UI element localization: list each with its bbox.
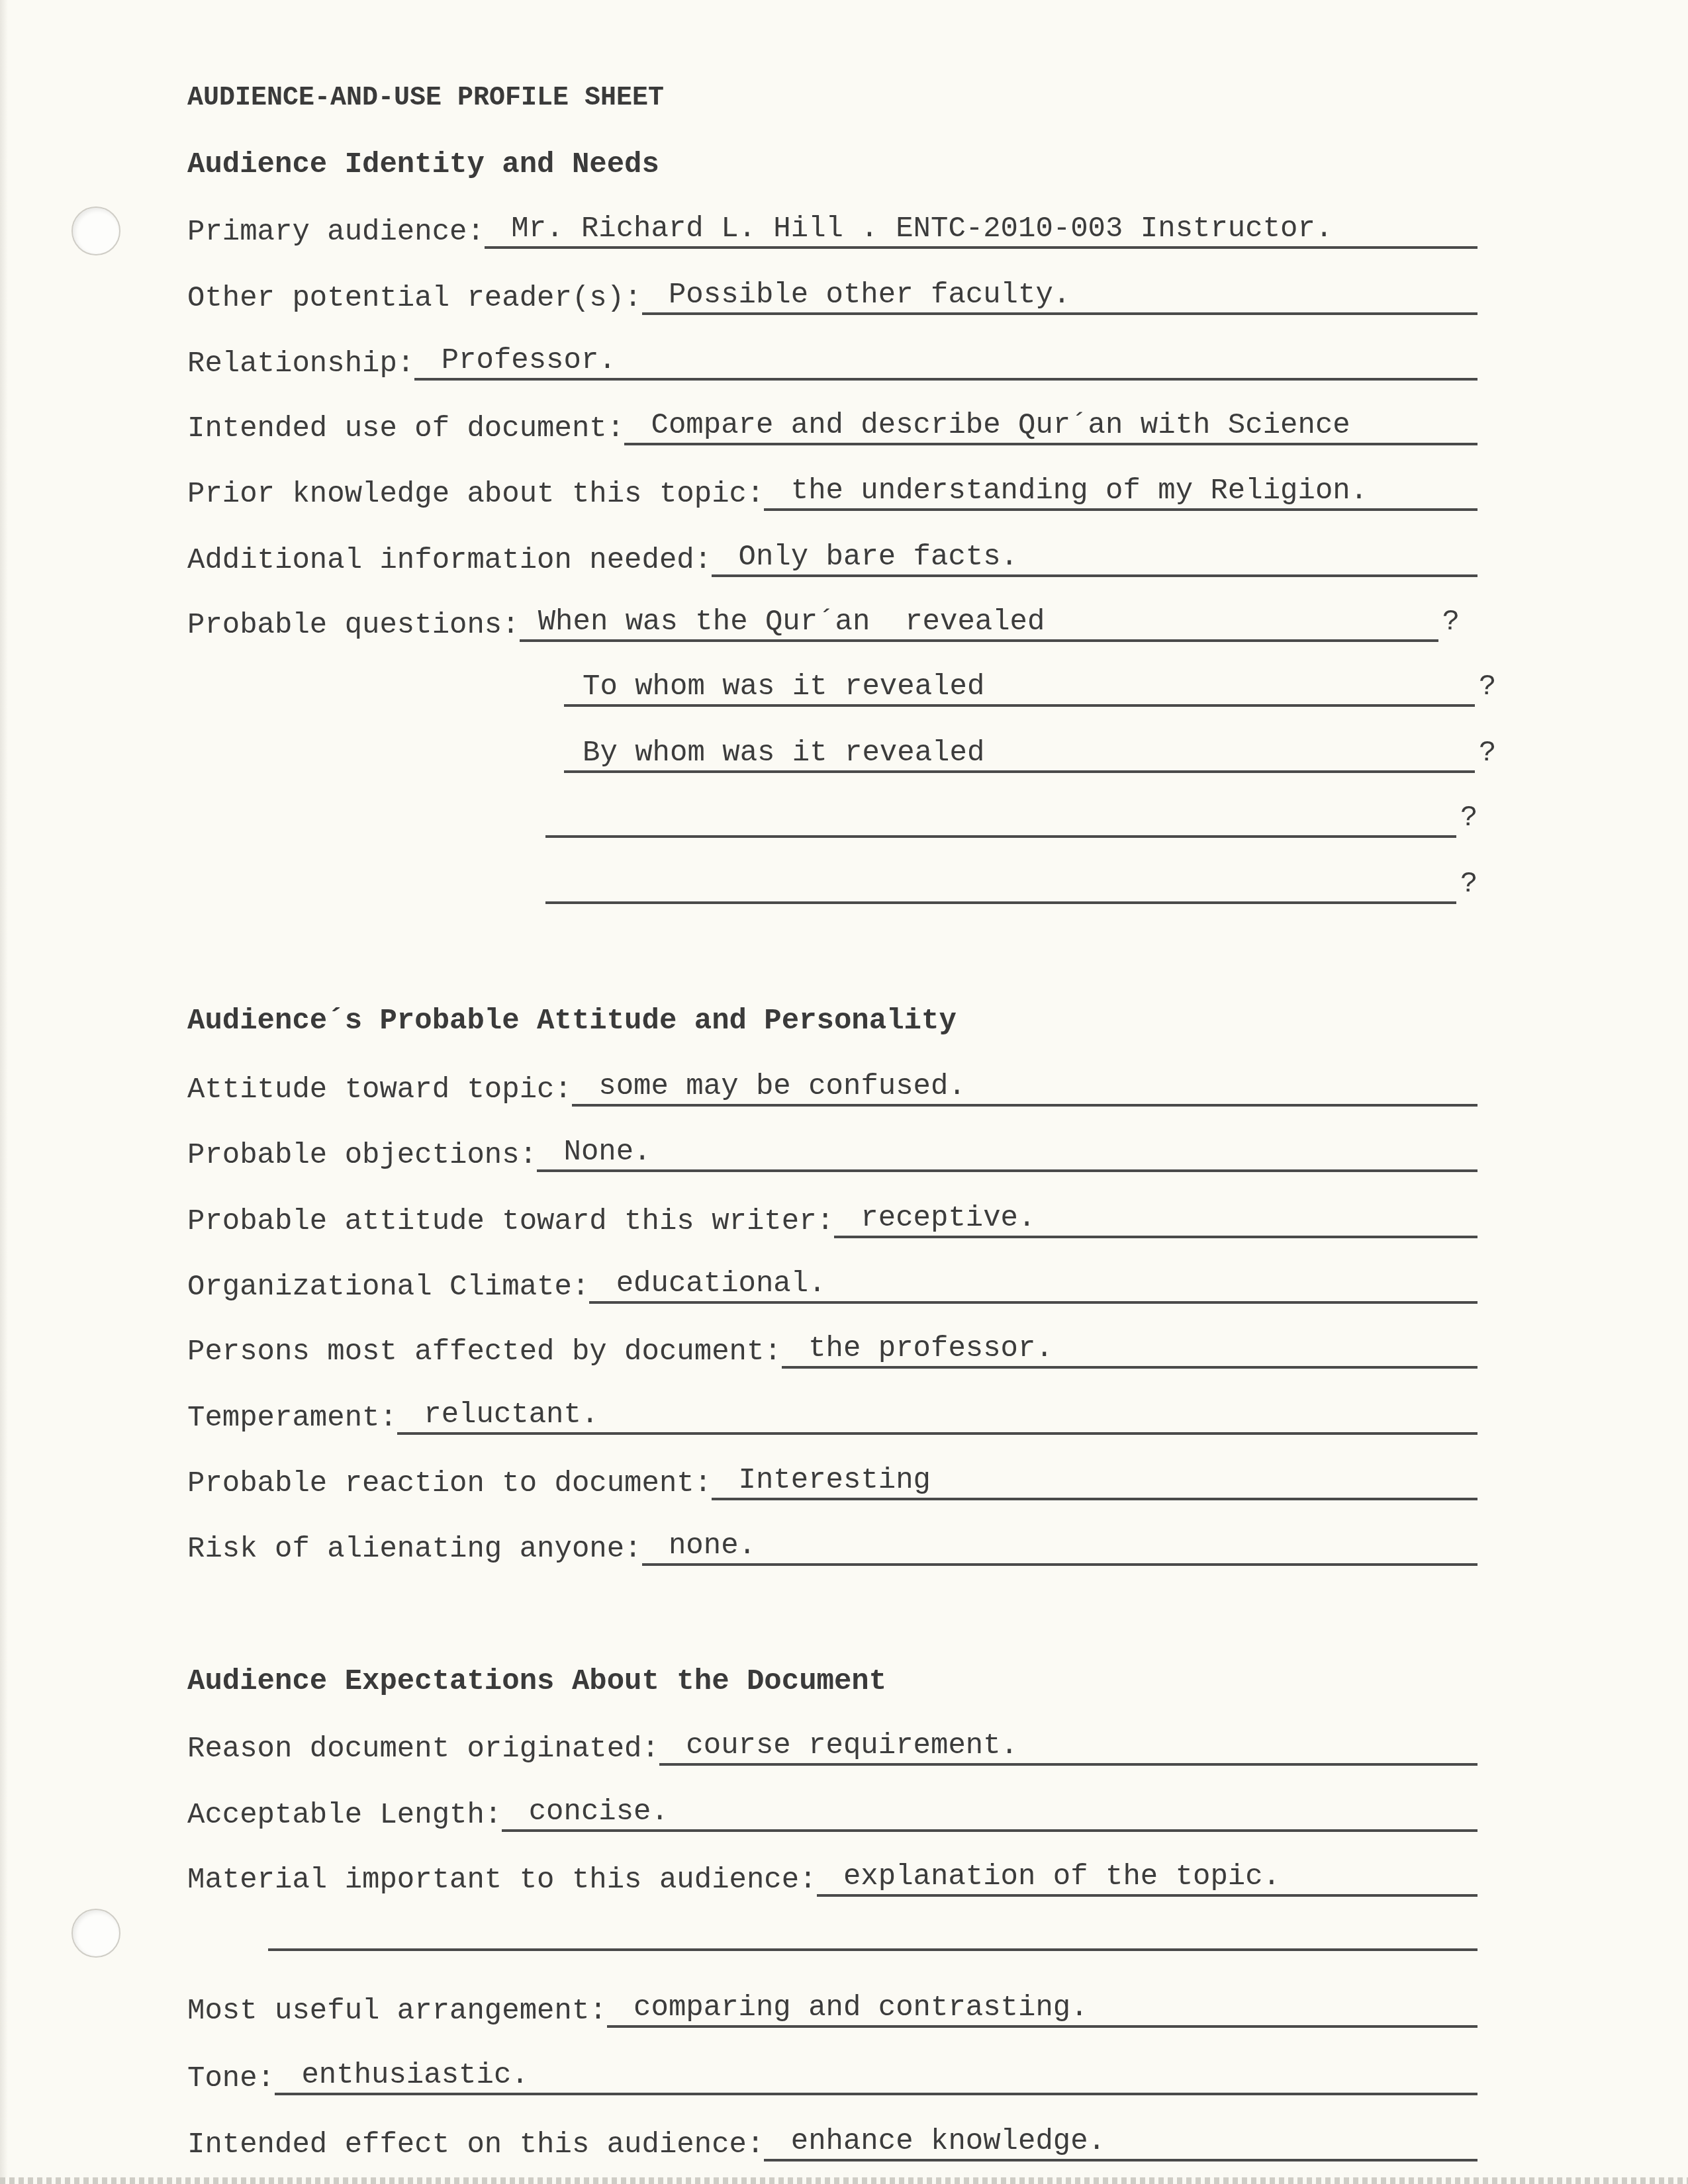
- page-bottom-edge: [0, 2177, 1688, 2184]
- field-reason-originated: Reason document originated: course requi…: [187, 1726, 1477, 1766]
- field-value[interactable]: Professor.: [414, 343, 1477, 381]
- section-heading-attitude: Audience´s Probable Attitude and Persona…: [187, 1005, 957, 1038]
- question-field[interactable]: By whom was it revealed: [564, 736, 1475, 773]
- field-label: Risk of alienating anyone:: [187, 1533, 642, 1566]
- field-label: Most useful arrangement:: [187, 1995, 607, 2028]
- field-label: Probable reaction to document:: [187, 1467, 712, 1500]
- field-tone: Tone: enthusiastic.: [187, 2056, 1477, 2095]
- field-label: Probable questions:: [187, 609, 520, 642]
- field-value[interactable]: explanation of the topic.: [817, 1860, 1477, 1897]
- field-risk-alienating: Risk of alienating anyone: none.: [187, 1526, 1477, 1566]
- field-label: Relationship:: [187, 347, 414, 381]
- question-field[interactable]: When was the Qur´an revealed: [520, 605, 1438, 642]
- question-field[interactable]: To whom was it revealed: [564, 670, 1475, 707]
- question-field[interactable]: [545, 867, 1456, 904]
- scanned-page: AUDIENCE-AND-USE PROFILE SHEET Audience …: [0, 0, 1688, 2184]
- field-value[interactable]: none.: [642, 1529, 1477, 1566]
- field-label: Material important to this audience:: [187, 1864, 817, 1897]
- field-intended-use: Intended use of document: Compare and de…: [187, 406, 1477, 445]
- field-value[interactable]: enthusiastic.: [275, 2058, 1477, 2095]
- probable-questions-row: To whom was it revealed ?: [564, 667, 1496, 707]
- field-value[interactable]: the understanding of my Religion.: [764, 474, 1477, 511]
- field-probable-reaction: Probable reaction to document: Interesti…: [187, 1461, 1477, 1500]
- page-left-edge: [0, 0, 8, 2184]
- field-value[interactable]: enhance knowledge.: [764, 2124, 1477, 2161]
- probable-questions-row: ?: [545, 864, 1477, 904]
- field-label: Intended effect on this audience:: [187, 2128, 764, 2161]
- probable-questions-row: Probable questions: When was the Qur´an …: [187, 602, 1460, 642]
- question-mark: ?: [1442, 602, 1460, 642]
- field-value[interactable]: concise.: [502, 1795, 1477, 1832]
- field-persons-affected: Persons most affected by document: the p…: [187, 1329, 1477, 1369]
- field-label: Persons most affected by document:: [187, 1336, 782, 1369]
- field-label: Organizational Climate:: [187, 1271, 589, 1304]
- field-label: Reason document originated:: [187, 1733, 659, 1766]
- field-other-readers: Other potential reader(s): Possible othe…: [187, 275, 1477, 315]
- field-material-important-continuation[interactable]: [268, 1948, 1477, 1951]
- field-primary-audience: Primary audience: Mr. Richard L. Hill . …: [187, 209, 1477, 249]
- field-label: Probable objections:: [187, 1139, 537, 1172]
- field-attitude-topic: Attitude toward topic: some may be confu…: [187, 1067, 1477, 1107]
- field-attitude-writer: Probable attitude toward this writer: re…: [187, 1199, 1477, 1238]
- field-acceptable-length: Acceptable Length: concise.: [187, 1792, 1477, 1832]
- punch-hole-icon: [71, 1909, 120, 1958]
- field-label: Prior knowledge about this topic:: [187, 478, 764, 511]
- field-value[interactable]: educational.: [589, 1267, 1477, 1304]
- question-mark: ?: [1460, 798, 1477, 838]
- field-value[interactable]: receptive.: [834, 1201, 1477, 1238]
- field-additional-info: Additional information needed: Only bare…: [187, 537, 1477, 577]
- punch-hole-icon: [71, 206, 120, 255]
- field-organizational-climate: Organizational Climate: educational.: [187, 1264, 1477, 1304]
- field-value[interactable]: course requirement.: [659, 1729, 1477, 1766]
- field-value[interactable]: Only bare facts.: [712, 540, 1477, 577]
- field-value[interactable]: Interesting: [712, 1463, 1477, 1500]
- field-label: Attitude toward topic:: [187, 1073, 572, 1107]
- field-label: Additional information needed:: [187, 544, 712, 577]
- field-label: Intended use of document:: [187, 412, 624, 445]
- field-value[interactable]: comparing and contrasting.: [607, 1991, 1477, 2028]
- field-probable-objections: Probable objections: None.: [187, 1132, 1477, 1172]
- question-field[interactable]: [545, 801, 1456, 838]
- field-value[interactable]: the professor.: [782, 1332, 1477, 1369]
- question-mark: ?: [1479, 733, 1496, 773]
- field-intended-effect: Intended effect on this audience: enhanc…: [187, 2122, 1477, 2161]
- field-material-important: Material important to this audience: exp…: [187, 1857, 1477, 1897]
- field-value[interactable]: reluctant.: [397, 1398, 1477, 1435]
- field-value[interactable]: some may be confused.: [572, 1069, 1477, 1107]
- question-mark: ?: [1460, 864, 1477, 904]
- field-label: Primary audience:: [187, 216, 485, 249]
- probable-questions-row: ?: [545, 798, 1477, 838]
- field-relationship: Relationship: Professor.: [187, 341, 1477, 381]
- question-mark: ?: [1479, 667, 1496, 707]
- field-temperament: Temperament: reluctant.: [187, 1395, 1477, 1435]
- form-title: AUDIENCE-AND-USE PROFILE SHEET: [187, 83, 664, 113]
- field-prior-knowledge: Prior knowledge about this topic: the un…: [187, 471, 1477, 511]
- field-value[interactable]: Compare and describe Qur´an with Science: [624, 408, 1477, 445]
- field-label: Probable attitude toward this writer:: [187, 1205, 834, 1238]
- field-label: Tone:: [187, 2062, 275, 2095]
- field-label: Other potential reader(s):: [187, 282, 642, 315]
- probable-questions-row: By whom was it revealed ?: [564, 733, 1496, 773]
- section-heading-expectations: Audience Expectations About the Document: [187, 1665, 886, 1698]
- field-value[interactable]: Mr. Richard L. Hill . ENTC-2010-003 Inst…: [485, 212, 1477, 249]
- field-useful-arrangement: Most useful arrangement: comparing and c…: [187, 1988, 1477, 2028]
- field-label: Acceptable Length:: [187, 1799, 502, 1832]
- field-value[interactable]: None.: [537, 1135, 1477, 1172]
- field-value[interactable]: Possible other faculty.: [642, 278, 1477, 315]
- section-heading-identity: Audience Identity and Needs: [187, 148, 659, 181]
- field-label: Temperament:: [187, 1402, 397, 1435]
